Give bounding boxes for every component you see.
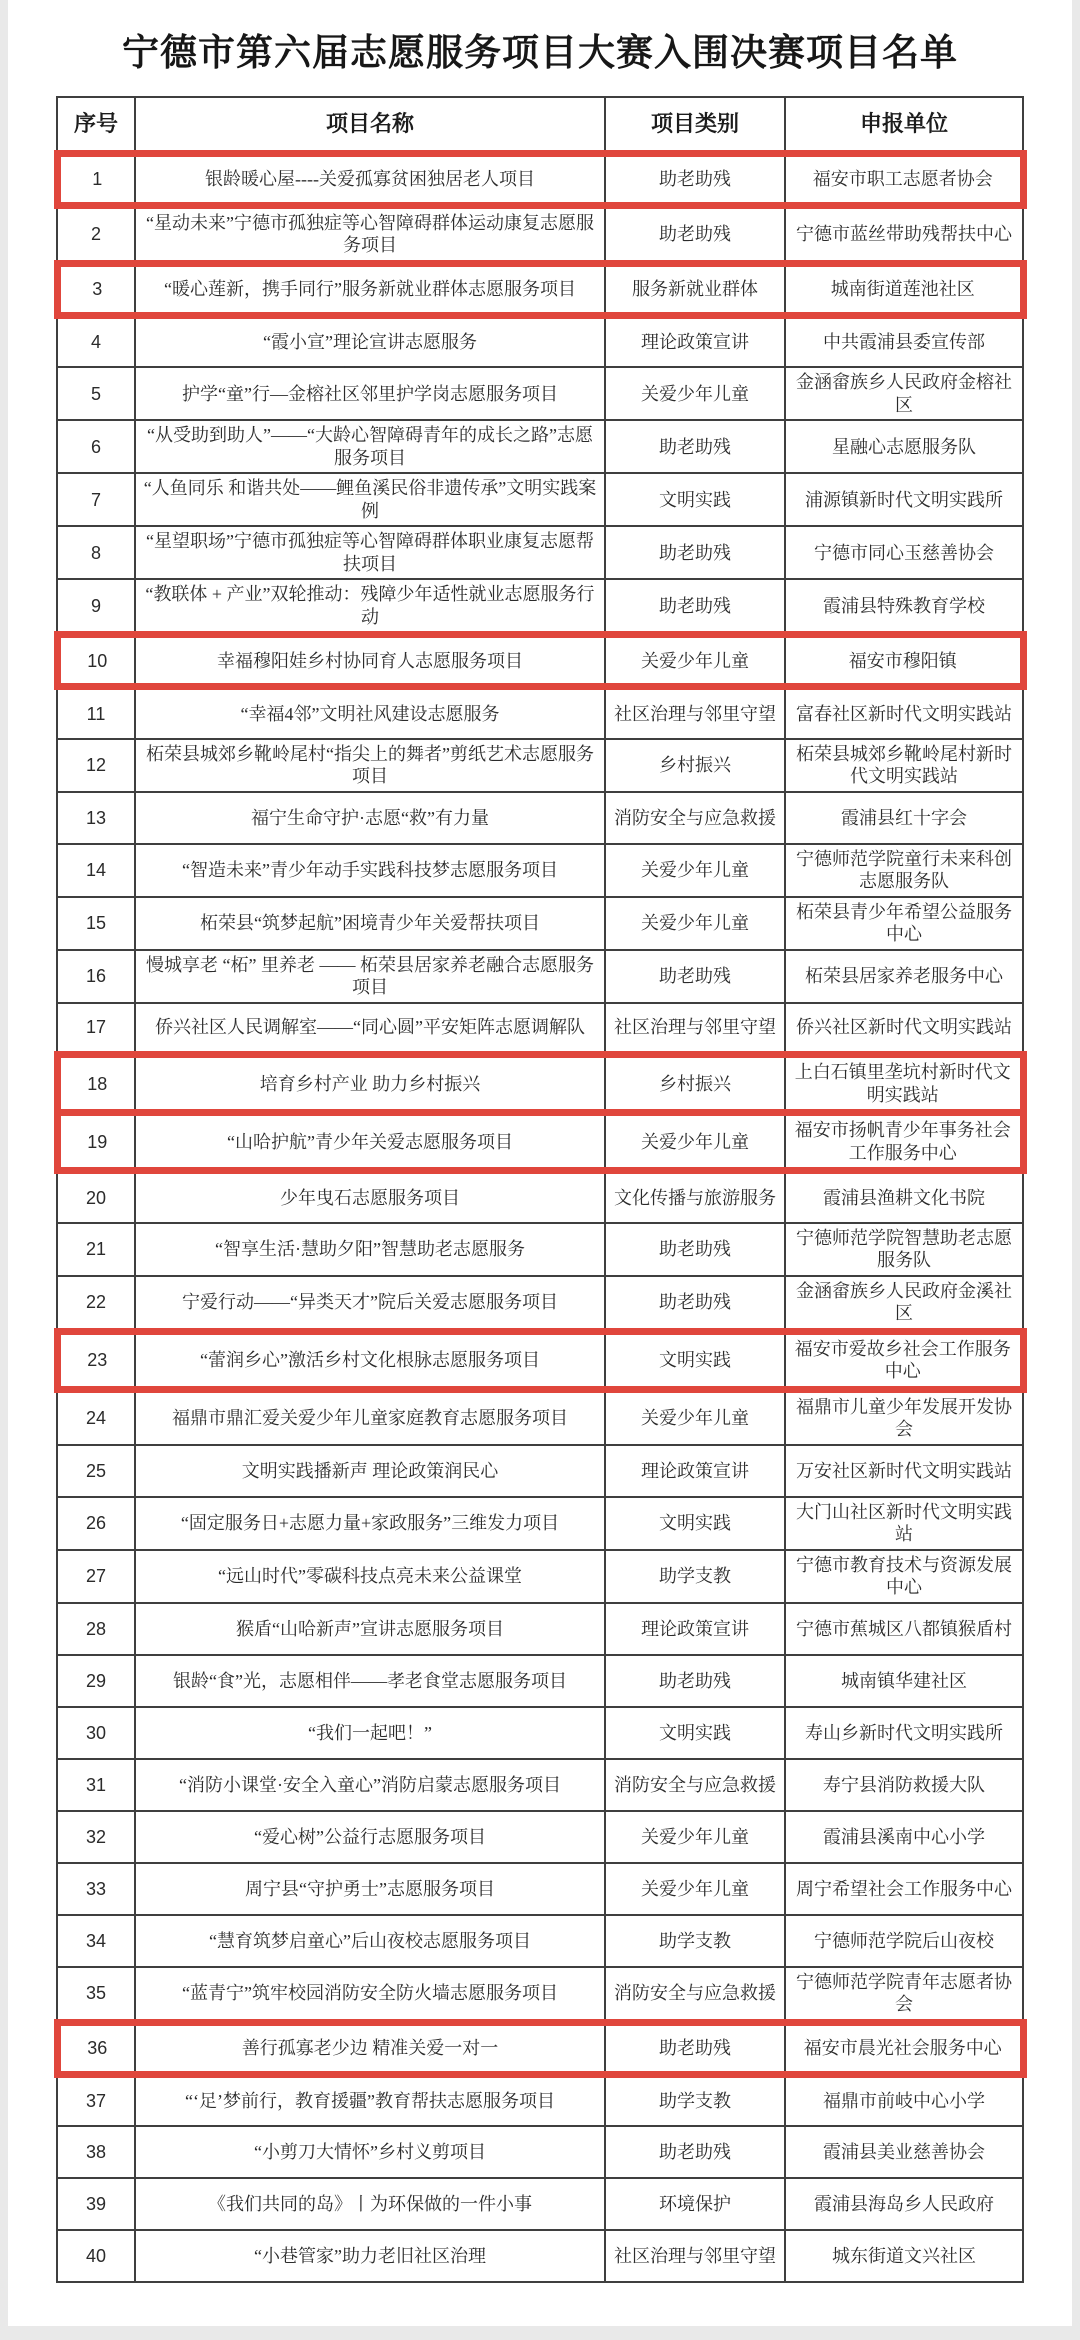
cell-no: 38 <box>57 2126 135 2178</box>
cell-category: 助老助残 <box>605 420 785 473</box>
cell-name: 福鼎市鼎汇爱关爱少年儿童家庭教育志愿服务项目 <box>135 1389 605 1445</box>
table-row: 35“蓝青宁”筑牢校园消防安全防火墙志愿服务项目消防安全与应急救援宁德师范学院青… <box>57 1967 1023 2023</box>
table-row: 27“远山时代”零碳科技点亮未来公益课堂助学支教宁德市教育技术与资源发展中心 <box>57 1550 1023 1603</box>
cell-no: 34 <box>57 1915 135 1967</box>
cell-org: 金涵畲族乡人民政府金榕社区 <box>785 367 1023 420</box>
cell-no: 33 <box>57 1863 135 1915</box>
cell-org: 金涵畲族乡人民政府金溪社区 <box>785 1276 1023 1332</box>
cell-category: 文化传播与旅游服务 <box>605 1171 785 1223</box>
cell-category: 关爱少年儿童 <box>605 897 785 950</box>
cell-org: 霞浦县美业慈善协会 <box>785 2126 1023 2178</box>
document-page: 宁德市第六届志愿服务项目大赛入围决赛项目名单 序号 项目名称 项目类别 申报单位… <box>8 0 1072 2326</box>
col-header-name: 项目名称 <box>135 97 605 153</box>
cell-category: 助老助残 <box>605 153 785 205</box>
col-header-category: 项目类别 <box>605 97 785 153</box>
cell-org: 富春社区新时代文明实践站 <box>785 687 1023 739</box>
cell-org: 寿宁县消防救援大队 <box>785 1759 1023 1811</box>
cell-category: 文明实践 <box>605 1497 785 1550</box>
cell-no: 4 <box>57 315 135 367</box>
cell-name: “从受助到助人”——“大龄心智障碍青年的成长之路”志愿服务项目 <box>135 420 605 473</box>
cell-no: 14 <box>57 844 135 897</box>
cell-category: 关爱少年儿童 <box>605 1863 785 1915</box>
cell-category: 助学支教 <box>605 1915 785 1967</box>
cell-name: 周宁县“守护勇士”志愿服务项目 <box>135 1863 605 1915</box>
cell-name: 善行孤寡老少边 精准关爱一对一 <box>135 2022 605 2074</box>
cell-org: 宁德市教育技术与资源发展中心 <box>785 1550 1023 1603</box>
cell-category: 乡村振兴 <box>605 739 785 792</box>
table-row: 15柘荣县“筑梦起航”困境青少年关爱帮扶项目关爱少年儿童柘荣县青少年希望公益服务… <box>57 897 1023 950</box>
cell-name: “人鱼同乐 和谐共处——鲤鱼溪民俗非遗传承”文明实践案例 <box>135 473 605 526</box>
cell-org: 福安市爱故乡社会工作服务中心 <box>785 1331 1023 1389</box>
cell-org: 柘荣县青少年希望公益服务中心 <box>785 897 1023 950</box>
cell-no: 22 <box>57 1276 135 1332</box>
table-row: 32“爱心树”公益行志愿服务项目关爱少年儿童霞浦县溪南中心小学 <box>57 1811 1023 1863</box>
cell-name: 幸福穆阳娃乡村协同育人志愿服务项目 <box>135 635 605 687</box>
cell-org: 福鼎市前岐中心小学 <box>785 2074 1023 2126</box>
cell-name: “爱心树”公益行志愿服务项目 <box>135 1811 605 1863</box>
cell-name: “星动未来”宁德市孤独症等心智障碍群体运动康复志愿服务项目 <box>135 205 605 263</box>
cell-category: 社区治理与邻里守望 <box>605 1003 785 1055</box>
cell-no: 24 <box>57 1389 135 1445</box>
cell-org: 侨兴社区新时代文明实践站 <box>785 1003 1023 1055</box>
cell-category: 助老助残 <box>605 1655 785 1707</box>
cell-no: 35 <box>57 1967 135 2023</box>
col-header-org: 申报单位 <box>785 97 1023 153</box>
cell-org: 中共霞浦县委宣传部 <box>785 315 1023 367</box>
cell-no: 28 <box>57 1603 135 1655</box>
cell-no: 10 <box>57 635 135 687</box>
table-row: 21“智享生活·慧助夕阳”智慧助老志愿服务助老助残宁德师范学院智慧助老志愿服务队 <box>57 1223 1023 1276</box>
cell-category: 文明实践 <box>605 1331 785 1389</box>
table-row-highlighted: 1银龄暖心屋----关爱孤寡贫困独居老人项目助老助残福安市职工志愿者协会 <box>57 153 1023 205</box>
cell-no: 40 <box>57 2230 135 2282</box>
cell-name: 柘荣县“筑梦起航”困境青少年关爱帮扶项目 <box>135 897 605 950</box>
table-row: 12柘荣县城郊乡靴岭尾村“指尖上的舞者”剪纸艺术志愿服务项目乡村振兴柘荣县城郊乡… <box>57 739 1023 792</box>
cell-org: 霞浦县溪南中心小学 <box>785 1811 1023 1863</box>
cell-org: 上白石镇里垄坑村新时代文明实践站 <box>785 1055 1023 1113</box>
cell-name: “霞小宣”理论宣讲志愿服务 <box>135 315 605 367</box>
cell-no: 31 <box>57 1759 135 1811</box>
cell-category: 关爱少年儿童 <box>605 635 785 687</box>
cell-name: “‘足’梦前行，教育援疆”教育帮扶志愿服务项目 <box>135 2074 605 2126</box>
cell-category: 助老助残 <box>605 579 785 635</box>
cell-no: 21 <box>57 1223 135 1276</box>
cell-no: 15 <box>57 897 135 950</box>
cell-name: “小剪刀大情怀”乡村义剪项目 <box>135 2126 605 2178</box>
cell-no: 27 <box>57 1550 135 1603</box>
table-row: 2“星动未来”宁德市孤独症等心智障碍群体运动康复志愿服务项目助老助残宁德市蓝丝带… <box>57 205 1023 263</box>
cell-name: 侨兴社区人民调解室——“同心圆”平安矩阵志愿调解队 <box>135 1003 605 1055</box>
table-row: 29银龄“食”光，志愿相伴——孝老食堂志愿服务项目助老助残城南镇华建社区 <box>57 1655 1023 1707</box>
table-row: 37“‘足’梦前行，教育援疆”教育帮扶志愿服务项目助学支教福鼎市前岐中心小学 <box>57 2074 1023 2126</box>
cell-org: 城东街道文兴社区 <box>785 2230 1023 2282</box>
table-row: 28猴盾“山哈新声”宣讲志愿服务项目理论政策宣讲宁德市蕉城区八都镇猴盾村 <box>57 1603 1023 1655</box>
cell-org: 霞浦县渔耕文化书院 <box>785 1171 1023 1223</box>
cell-category: 助老助残 <box>605 2126 785 2178</box>
table-header-row: 序号 项目名称 项目类别 申报单位 <box>57 97 1023 153</box>
cell-org: 宁德市蓝丝带助残帮扶中心 <box>785 205 1023 263</box>
cell-name: “小巷管家”助力老旧社区治理 <box>135 2230 605 2282</box>
table-header: 序号 项目名称 项目类别 申报单位 <box>57 97 1023 153</box>
table-row: 31“消防小课堂·安全入童心”消防启蒙志愿服务项目消防安全与应急救援寿宁县消防救… <box>57 1759 1023 1811</box>
cell-category: 关爱少年儿童 <box>605 1389 785 1445</box>
cell-category: 助学支教 <box>605 2074 785 2126</box>
table-row: 38“小剪刀大情怀”乡村义剪项目助老助残霞浦县美业慈善协会 <box>57 2126 1023 2178</box>
cell-no: 32 <box>57 1811 135 1863</box>
cell-category: 关爱少年儿童 <box>605 844 785 897</box>
cell-category: 社区治理与邻里守望 <box>605 687 785 739</box>
cell-name: 《我们共同的岛》丨为环保做的一件小事 <box>135 2178 605 2230</box>
cell-category: 关爱少年儿童 <box>605 367 785 420</box>
table-row: 13福宁生命守护·志愿“救”有力量消防安全与应急救援霞浦县红十字会 <box>57 792 1023 844</box>
page-title: 宁德市第六届志愿服务项目大赛入围决赛项目名单 <box>60 32 1020 76</box>
cell-name: “固定服务日+志愿力量+家政服务”三维发力项目 <box>135 1497 605 1550</box>
cell-org: 宁德师范学院智慧助老志愿服务队 <box>785 1223 1023 1276</box>
cell-org: 星融心志愿服务队 <box>785 420 1023 473</box>
cell-category: 消防安全与应急救援 <box>605 1967 785 2023</box>
cell-no: 19 <box>57 1113 135 1171</box>
cell-no: 17 <box>57 1003 135 1055</box>
table-row-highlighted: 19“山哈护航”青少年关爱志愿服务项目关爱少年儿童福安市扬帆青少年事务社会工作服… <box>57 1113 1023 1171</box>
cell-no: 23 <box>57 1331 135 1389</box>
cell-name: “蕾润乡心”激活乡村文化根脉志愿服务项目 <box>135 1331 605 1389</box>
cell-name: “远山时代”零碳科技点亮未来公益课堂 <box>135 1550 605 1603</box>
cell-name: 银龄暖心屋----关爱孤寡贫困独居老人项目 <box>135 153 605 205</box>
cell-org: 霞浦县红十字会 <box>785 792 1023 844</box>
cell-no: 2 <box>57 205 135 263</box>
table-row: 11“幸福4邻”文明社风建设志愿服务社区治理与邻里守望富春社区新时代文明实践站 <box>57 687 1023 739</box>
table-row: 39《我们共同的岛》丨为环保做的一件小事环境保护霞浦县海岛乡人民政府 <box>57 2178 1023 2230</box>
cell-no: 37 <box>57 2074 135 2126</box>
cell-category: 消防安全与应急救援 <box>605 1759 785 1811</box>
cell-category: 助老助残 <box>605 1276 785 1332</box>
cell-category: 社区治理与邻里守望 <box>605 2230 785 2282</box>
table-row: 20少年曳石志愿服务项目文化传播与旅游服务霞浦县渔耕文化书院 <box>57 1171 1023 1223</box>
cell-category: 理论政策宣讲 <box>605 1603 785 1655</box>
cell-org: 福安市职工志愿者协会 <box>785 153 1023 205</box>
table-row-highlighted: 10幸福穆阳娃乡村协同育人志愿服务项目关爱少年儿童福安市穆阳镇 <box>57 635 1023 687</box>
table-row: 7“人鱼同乐 和谐共处——鲤鱼溪民俗非遗传承”文明实践案例文明实践浦源镇新时代文… <box>57 473 1023 526</box>
cell-no: 30 <box>57 1707 135 1759</box>
cell-name: 文明实践播新声 理论政策润民心 <box>135 1445 605 1497</box>
cell-category: 乡村振兴 <box>605 1055 785 1113</box>
table-row: 17侨兴社区人民调解室——“同心圆”平安矩阵志愿调解队社区治理与邻里守望侨兴社区… <box>57 1003 1023 1055</box>
cell-name: 慢城享老 “柘” 里养老 —— 柘荣县居家养老融合志愿服务项目 <box>135 950 605 1003</box>
table-row-highlighted: 3“暖心莲新，携手同行”服务新就业群体志愿服务项目服务新就业群体城南街道莲池社区 <box>57 263 1023 315</box>
cell-category: 助老助残 <box>605 205 785 263</box>
cell-category: 关爱少年儿童 <box>605 1811 785 1863</box>
cell-org: 城南镇华建社区 <box>785 1655 1023 1707</box>
table-row: 34“慧育筑梦启童心”后山夜校志愿服务项目助学支教宁德师范学院后山夜校 <box>57 1915 1023 1967</box>
cell-category: 环境保护 <box>605 2178 785 2230</box>
cell-name: 宁爱行动——“异类天才”院后关爱志愿服务项目 <box>135 1276 605 1332</box>
cell-category: 关爱少年儿童 <box>605 1113 785 1171</box>
cell-name: “智享生活·慧助夕阳”智慧助老志愿服务 <box>135 1223 605 1276</box>
cell-name: 培育乡村产业 助力乡村振兴 <box>135 1055 605 1113</box>
cell-category: 消防安全与应急救援 <box>605 792 785 844</box>
cell-no: 29 <box>57 1655 135 1707</box>
cell-org: 宁德市同心玉慈善协会 <box>785 526 1023 579</box>
cell-org: 福安市晨光社会服务中心 <box>785 2022 1023 2074</box>
cell-org: 寿山乡新时代文明实践所 <box>785 1707 1023 1759</box>
cell-category: 助学支教 <box>605 1550 785 1603</box>
cell-org: 霞浦县海岛乡人民政府 <box>785 2178 1023 2230</box>
cell-category: 理论政策宣讲 <box>605 1445 785 1497</box>
cell-no: 3 <box>57 263 135 315</box>
cell-org: 福安市扬帆青少年事务社会工作服务中心 <box>785 1113 1023 1171</box>
cell-category: 服务新就业群体 <box>605 263 785 315</box>
table-row-highlighted: 18培育乡村产业 助力乡村振兴乡村振兴上白石镇里垄坑村新时代文明实践站 <box>57 1055 1023 1113</box>
cell-name: “暖心莲新，携手同行”服务新就业群体志愿服务项目 <box>135 263 605 315</box>
cell-name: “消防小课堂·安全入童心”消防启蒙志愿服务项目 <box>135 1759 605 1811</box>
cell-no: 16 <box>57 950 135 1003</box>
table-row: 25文明实践播新声 理论政策润民心理论政策宣讲万安社区新时代文明实践站 <box>57 1445 1023 1497</box>
col-header-no: 序号 <box>57 97 135 153</box>
table-row: 22宁爱行动——“异类天才”院后关爱志愿服务项目助老助残金涵畲族乡人民政府金溪社… <box>57 1276 1023 1332</box>
table-row-highlighted: 36善行孤寡老少边 精准关爱一对一助老助残福安市晨光社会服务中心 <box>57 2022 1023 2074</box>
table-body: 1银龄暖心屋----关爱孤寡贫困独居老人项目助老助残福安市职工志愿者协会2“星动… <box>57 153 1023 2282</box>
cell-category: 文明实践 <box>605 1707 785 1759</box>
cell-name: “山哈护航”青少年关爱志愿服务项目 <box>135 1113 605 1171</box>
cell-name: “幸福4邻”文明社风建设志愿服务 <box>135 687 605 739</box>
cell-name: “智造未来”青少年动手实践科技梦志愿服务项目 <box>135 844 605 897</box>
cell-name: “教联体 + 产业”双轮推动：残障少年适性就业志愿服务行动 <box>135 579 605 635</box>
cell-no: 7 <box>57 473 135 526</box>
cell-no: 11 <box>57 687 135 739</box>
cell-category: 助老助残 <box>605 1223 785 1276</box>
table-row: 9“教联体 + 产业”双轮推动：残障少年适性就业志愿服务行动助老助残霞浦县特殊教… <box>57 579 1023 635</box>
table-row: 30“我们一起吧！”文明实践寿山乡新时代文明实践所 <box>57 1707 1023 1759</box>
cell-org: 柘荣县城郊乡靴岭尾村新时代文明实践站 <box>785 739 1023 792</box>
cell-no: 36 <box>57 2022 135 2074</box>
cell-name: “慧育筑梦启童心”后山夜校志愿服务项目 <box>135 1915 605 1967</box>
cell-name: 少年曳石志愿服务项目 <box>135 1171 605 1223</box>
cell-org: 万安社区新时代文明实践站 <box>785 1445 1023 1497</box>
cell-name: 福宁生命守护·志愿“救”有力量 <box>135 792 605 844</box>
table-row: 24福鼎市鼎汇爱关爱少年儿童家庭教育志愿服务项目关爱少年儿童福鼎市儿童少年发展开… <box>57 1389 1023 1445</box>
table-row: 8“星望职场”宁德市孤独症等心智障碍群体职业康复志愿帮扶项目助老助残宁德市同心玉… <box>57 526 1023 579</box>
cell-no: 20 <box>57 1171 135 1223</box>
cell-org: 宁德师范学院童行未来科创志愿服务队 <box>785 844 1023 897</box>
cell-name: “我们一起吧！” <box>135 1707 605 1759</box>
cell-org: 周宁希望社会工作服务中心 <box>785 1863 1023 1915</box>
cell-no: 9 <box>57 579 135 635</box>
cell-org: 大门山社区新时代文明实践站 <box>785 1497 1023 1550</box>
cell-name: “星望职场”宁德市孤独症等心智障碍群体职业康复志愿帮扶项目 <box>135 526 605 579</box>
cell-category: 助老助残 <box>605 526 785 579</box>
table-row: 16慢城享老 “柘” 里养老 —— 柘荣县居家养老融合志愿服务项目助老助残柘荣县… <box>57 950 1023 1003</box>
table-row: 6“从受助到助人”——“大龄心智障碍青年的成长之路”志愿服务项目助老助残星融心志… <box>57 420 1023 473</box>
cell-no: 25 <box>57 1445 135 1497</box>
cell-org: 城南街道莲池社区 <box>785 263 1023 315</box>
cell-org: 宁德师范学院后山夜校 <box>785 1915 1023 1967</box>
cell-category: 理论政策宣讲 <box>605 315 785 367</box>
table-row-highlighted: 23“蕾润乡心”激活乡村文化根脉志愿服务项目文明实践福安市爱故乡社会工作服务中心 <box>57 1331 1023 1389</box>
cell-category: 文明实践 <box>605 473 785 526</box>
cell-org: 浦源镇新时代文明实践所 <box>785 473 1023 526</box>
table-row: 26“固定服务日+志愿力量+家政服务”三维发力项目文明实践大门山社区新时代文明实… <box>57 1497 1023 1550</box>
cell-no: 1 <box>57 153 135 205</box>
cell-no: 8 <box>57 526 135 579</box>
cell-category: 助老助残 <box>605 2022 785 2074</box>
cell-org: 宁德师范学院青年志愿者协会 <box>785 1967 1023 2023</box>
cell-name: 猴盾“山哈新声”宣讲志愿服务项目 <box>135 1603 605 1655</box>
cell-name: 护学“童”行—金榕社区邻里护学岗志愿服务项目 <box>135 367 605 420</box>
table-row: 5护学“童”行—金榕社区邻里护学岗志愿服务项目关爱少年儿童金涵畲族乡人民政府金榕… <box>57 367 1023 420</box>
table-row: 33周宁县“守护勇士”志愿服务项目关爱少年儿童周宁希望社会工作服务中心 <box>57 1863 1023 1915</box>
cell-no: 18 <box>57 1055 135 1113</box>
table-row: 14“智造未来”青少年动手实践科技梦志愿服务项目关爱少年儿童宁德师范学院童行未来… <box>57 844 1023 897</box>
table-row: 4“霞小宣”理论宣讲志愿服务理论政策宣讲中共霞浦县委宣传部 <box>57 315 1023 367</box>
cell-no: 12 <box>57 739 135 792</box>
cell-no: 13 <box>57 792 135 844</box>
cell-name: “蓝青宁”筑牢校园消防安全防火墙志愿服务项目 <box>135 1967 605 2023</box>
cell-no: 6 <box>57 420 135 473</box>
table-row: 40“小巷管家”助力老旧社区治理社区治理与邻里守望城东街道文兴社区 <box>57 2230 1023 2282</box>
cell-org: 宁德市蕉城区八都镇猴盾村 <box>785 1603 1023 1655</box>
cell-no: 26 <box>57 1497 135 1550</box>
cell-category: 助老助残 <box>605 950 785 1003</box>
cell-org: 柘荣县居家养老服务中心 <box>785 950 1023 1003</box>
cell-name: 柘荣县城郊乡靴岭尾村“指尖上的舞者”剪纸艺术志愿服务项目 <box>135 739 605 792</box>
projects-table: 序号 项目名称 项目类别 申报单位 1银龄暖心屋----关爱孤寡贫困独居老人项目… <box>54 96 1027 2283</box>
cell-no: 5 <box>57 367 135 420</box>
cell-org: 福安市穆阳镇 <box>785 635 1023 687</box>
cell-org: 霞浦县特殊教育学校 <box>785 579 1023 635</box>
cell-name: 银龄“食”光，志愿相伴——孝老食堂志愿服务项目 <box>135 1655 605 1707</box>
cell-no: 39 <box>57 2178 135 2230</box>
cell-org: 福鼎市儿童少年发展开发协会 <box>785 1389 1023 1445</box>
